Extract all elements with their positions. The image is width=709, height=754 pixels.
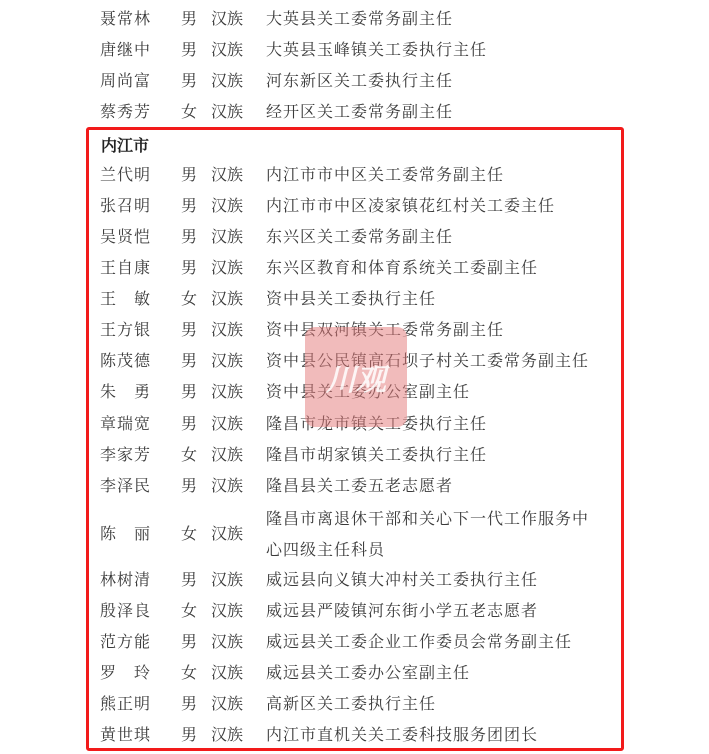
person-gender: 男 <box>181 626 197 657</box>
person-ethnicity: 汉族 <box>211 345 243 376</box>
person-name: 陈茂德 <box>100 345 160 376</box>
person-name: 吴贤恺 <box>100 221 160 252</box>
watermark-logo: 川观 <box>305 327 407 427</box>
person-ethnicity: 汉族 <box>211 626 243 657</box>
person-gender: 男 <box>181 314 197 345</box>
person-gender: 男 <box>181 221 197 252</box>
person-title: 高新区关工委执行主任 <box>266 688 436 719</box>
person-name: 林树清 <box>100 564 160 595</box>
person-title: 内江市直机关关工委科技服务团团长 <box>266 719 538 750</box>
person-ethnicity: 汉族 <box>211 439 243 470</box>
person-ethnicity: 汉族 <box>211 65 243 96</box>
person-ethnicity: 汉族 <box>211 657 243 688</box>
person-gender: 男 <box>181 345 197 376</box>
person-gender: 女 <box>181 595 197 626</box>
person-name: 王自康 <box>100 252 160 283</box>
person-name: 聂常林 <box>100 3 160 34</box>
person-ethnicity: 汉族 <box>211 96 243 127</box>
person-ethnicity: 汉族 <box>211 408 243 439</box>
person-name: 朱 勇 <box>100 376 160 407</box>
person-title-line-2: 心四级主任科员 <box>266 534 385 565</box>
person-ethnicity: 汉族 <box>211 719 243 750</box>
person-name: 黄世琪 <box>100 719 160 750</box>
person-gender: 女 <box>181 439 197 470</box>
person-ethnicity: 汉族 <box>211 252 243 283</box>
person-gender: 男 <box>181 65 197 96</box>
person-gender: 男 <box>181 190 197 221</box>
person-ethnicity: 汉族 <box>211 221 243 252</box>
person-title: 威远县向义镇大冲村关工委执行主任 <box>266 564 538 595</box>
person-ethnicity: 汉族 <box>211 283 243 314</box>
person-title: 河东新区关工委执行主任 <box>266 65 453 96</box>
person-name: 张召明 <box>100 190 160 221</box>
watermark-text: 川观 <box>326 355 386 399</box>
section-heading: 内江市 <box>101 130 149 161</box>
person-title: 内江市市中区凌家镇花红村关工委主任 <box>266 190 555 221</box>
person-name: 李泽民 <box>100 470 160 501</box>
person-title: 经开区关工委常务副主任 <box>266 96 453 127</box>
person-name: 周尚富 <box>100 65 160 96</box>
person-title: 大英县关工委常务副主任 <box>266 3 453 34</box>
person-title: 威远县关工委办公室副主任 <box>266 657 470 688</box>
person-gender: 男 <box>181 719 197 750</box>
person-gender: 男 <box>181 376 197 407</box>
person-title: 威远县严陵镇河东街小学五老志愿者 <box>266 595 538 626</box>
person-title: 威远县关工委企业工作委员会常务副主任 <box>266 626 572 657</box>
person-gender: 男 <box>181 470 197 501</box>
person-name: 章瑞宽 <box>100 408 160 439</box>
person-name: 李家芳 <box>100 439 160 470</box>
person-ethnicity: 汉族 <box>211 518 243 549</box>
person-ethnicity: 汉族 <box>211 376 243 407</box>
person-gender: 男 <box>181 408 197 439</box>
person-gender: 男 <box>181 252 197 283</box>
person-title: 东兴区关工委常务副主任 <box>266 221 453 252</box>
person-name: 王 敏 <box>100 283 160 314</box>
person-ethnicity: 汉族 <box>211 314 243 345</box>
person-gender: 男 <box>181 564 197 595</box>
person-title: 资中县关工委执行主任 <box>266 283 436 314</box>
person-title: 内江市市中区关工委常务副主任 <box>266 159 504 190</box>
person-name: 陈 丽 <box>100 518 160 549</box>
person-gender: 男 <box>181 3 197 34</box>
person-name: 范方能 <box>100 626 160 657</box>
person-name: 蔡秀芳 <box>100 96 160 127</box>
person-ethnicity: 汉族 <box>211 470 243 501</box>
person-gender: 女 <box>181 518 197 549</box>
person-ethnicity: 汉族 <box>211 190 243 221</box>
person-name: 唐继中 <box>100 34 160 65</box>
person-gender: 男 <box>181 159 197 190</box>
person-title-line-1: 隆昌市离退休干部和关心下一代工作服务中 <box>266 503 589 534</box>
person-name: 王方银 <box>100 314 160 345</box>
person-name: 兰代明 <box>100 159 160 190</box>
person-title: 隆昌县关工委五老志愿者 <box>266 470 453 501</box>
person-ethnicity: 汉族 <box>211 34 243 65</box>
person-name: 熊正明 <box>100 688 160 719</box>
person-ethnicity: 汉族 <box>211 688 243 719</box>
person-title: 隆昌市胡家镇关工委执行主任 <box>266 439 487 470</box>
person-ethnicity: 汉族 <box>211 564 243 595</box>
person-name: 罗 玲 <box>100 657 160 688</box>
person-ethnicity: 汉族 <box>211 159 243 190</box>
person-name: 殷泽良 <box>100 595 160 626</box>
person-ethnicity: 汉族 <box>211 595 243 626</box>
person-gender: 女 <box>181 657 197 688</box>
person-gender: 男 <box>181 34 197 65</box>
person-ethnicity: 汉族 <box>211 3 243 34</box>
person-title: 东兴区教育和体育系统关工委副主任 <box>266 252 538 283</box>
person-gender: 女 <box>181 96 197 127</box>
person-gender: 女 <box>181 283 197 314</box>
person-gender: 男 <box>181 688 197 719</box>
person-title: 大英县玉峰镇关工委执行主任 <box>266 34 487 65</box>
